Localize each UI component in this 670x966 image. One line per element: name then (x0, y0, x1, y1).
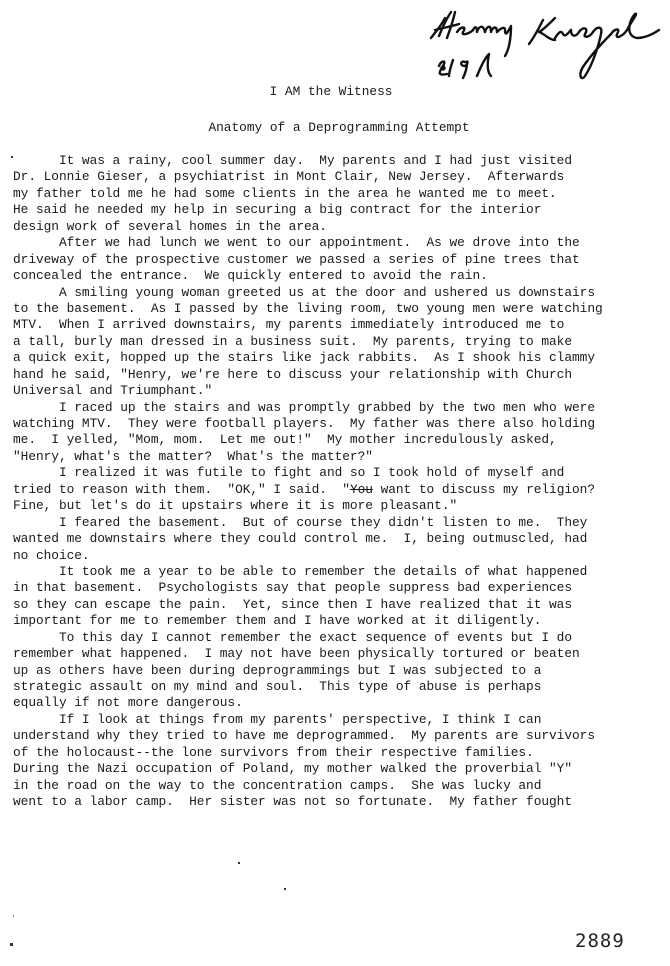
text-line: "Henry, what's the matter? What's the ma… (13, 449, 670, 465)
text-line: I raced up the stairs and was promptly g… (13, 400, 670, 416)
text-line: up as others have been during deprogramm… (13, 663, 670, 679)
text-line: driveway of the prospective customer we … (13, 252, 670, 268)
text-line: It took me a year to be able to remember… (13, 564, 670, 580)
document-page: I AM the Witness Anatomy of a Deprogramm… (0, 0, 670, 966)
scan-speck (10, 943, 13, 946)
text-line: my father told me he had some clients in… (13, 186, 670, 202)
text-line: MTV. When I arrived downstairs, my paren… (13, 317, 670, 333)
text-line: Fine, but let's do it upstairs where it … (13, 498, 670, 514)
text-line: so they can escape the pain. Yet, since … (13, 597, 670, 613)
document-body: It was a rainy, cool summer day. My pare… (13, 153, 670, 811)
text-line: To this day I cannot remember the exact … (13, 630, 670, 646)
handwritten-signature (425, 4, 665, 84)
scan-speck (238, 862, 240, 864)
text-line: equally if not more dangerous. (13, 695, 670, 711)
text-line: no choice. (13, 548, 670, 564)
text-line: I feared the basement. But of course the… (13, 515, 670, 531)
text-line: of the holocaust--the lone survivors fro… (13, 745, 670, 761)
text-line: a quick exit, hopped up the stairs like … (13, 350, 670, 366)
text-line: Dr. Lonnie Gieser, a psychiatrist in Mon… (13, 169, 670, 185)
text-line: If I look at things from my parents' per… (13, 712, 670, 728)
text-line: design work of several homes in the area… (13, 219, 670, 235)
scan-speck (13, 915, 14, 917)
text-line: went to a labor camp. Her sister was not… (13, 794, 670, 810)
text-line: concealed the entrance. We quickly enter… (13, 268, 670, 284)
text-line: A smiling young woman greeted us at the … (13, 285, 670, 301)
scan-speck (11, 156, 13, 158)
struck-word: You (350, 482, 373, 497)
text-line: a tall, burly man dressed in a business … (13, 334, 670, 350)
text-line: understand why they tried to have me dep… (13, 728, 670, 744)
document-title: I AM the Witness (0, 84, 666, 99)
text-line: in that basement. Psychologists say that… (13, 580, 670, 596)
text-line: Universal and Triumphant." (13, 383, 670, 399)
text-line: remember what happened. I may not have b… (13, 646, 670, 662)
text-line: wanted me downstairs where they could co… (13, 531, 670, 547)
page-number: 2889 (575, 930, 625, 952)
text-line: to the basement. As I passed by the livi… (13, 301, 670, 317)
text-line: tried to reason with them. "OK," I said.… (13, 482, 670, 498)
signature-icon (425, 4, 665, 84)
scan-speck (284, 888, 286, 890)
text-line: During the Nazi occupation of Poland, my… (13, 761, 670, 777)
text-line: I realized it was futile to fight and so… (13, 465, 670, 481)
text-line: watching MTV. They were football players… (13, 416, 670, 432)
text-line: hand he said, "Henry, we're here to disc… (13, 367, 670, 383)
document-subtitle: Anatomy of a Deprogramming Attempt (4, 120, 670, 135)
text-line: important for me to remember them and I … (13, 613, 670, 629)
text-line: me. I yelled, "Mom, mom. Let me out!" My… (13, 432, 670, 448)
text-line: It was a rainy, cool summer day. My pare… (13, 153, 670, 169)
text-line: After we had lunch we went to our appoin… (13, 235, 670, 251)
text-line: strategic assault on my mind and soul. T… (13, 679, 670, 695)
text-line: He said he needed my help in securing a … (13, 202, 670, 218)
text-line: in the road on the way to the concentrat… (13, 778, 670, 794)
